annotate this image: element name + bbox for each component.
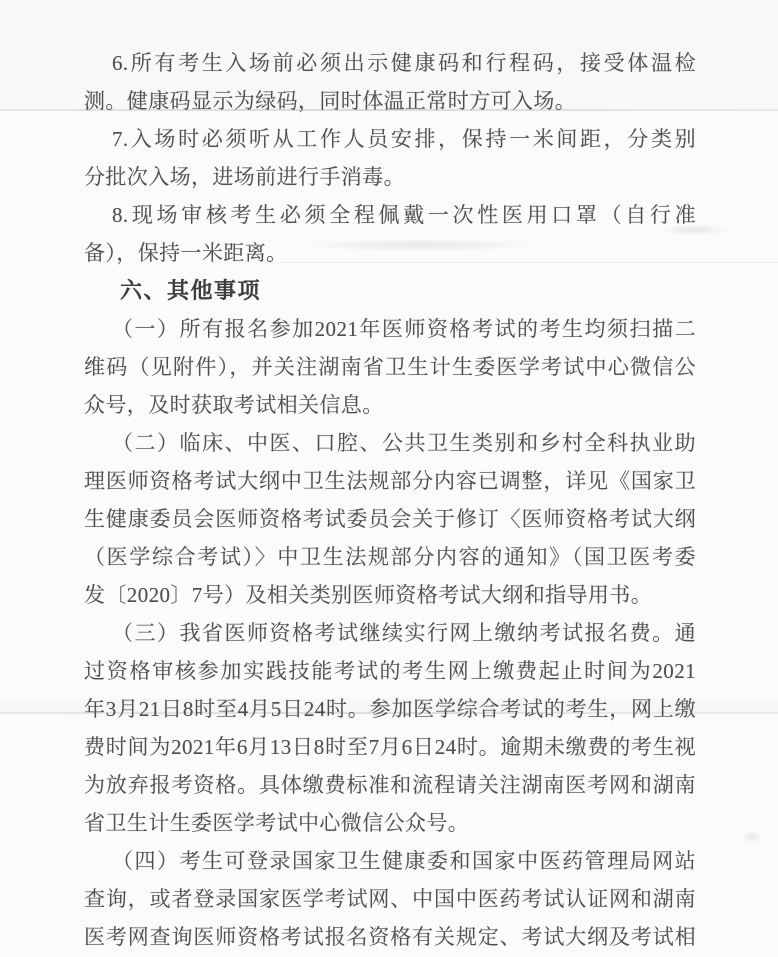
text-line: 发〔2020〕7号）及相关类别医师资格考试大纲和指导用书。: [84, 576, 696, 614]
text-line: 6.所有考生入场前必须出示健康码和行程码，接受体温检: [84, 44, 696, 82]
text-line: 维码（见附件），并关注湖南省卫生计生委医学考试中心微信公: [84, 348, 696, 386]
text-line: （医学综合考试）〉中卫生法规部分内容的通知》（国卫医考委: [84, 538, 696, 576]
item-6: 6.所有考生入场前必须出示健康码和行程码，接受体温检测。健康码显示为绿码，同时体…: [84, 44, 696, 120]
text-line: 为放弃报考资格。具体缴费标准和流程请关注湖南医考网和湖南: [84, 766, 696, 804]
text-line: 六、其他事项: [84, 272, 696, 310]
item-6-2: （二）临床、中医、口腔、公共卫生类别和乡村全科执业助理医师资格考试大纲中卫生法规…: [84, 424, 696, 614]
scan-smudge-artifact: [742, 831, 762, 843]
text-line: （一）所有报名参加2021年医师资格考试的考生均须扫描二: [84, 310, 696, 348]
text-line: 过资格审核参加实践技能考试的考生网上缴费起止时间为2021: [84, 652, 696, 690]
scanned-document-page: 6.所有考生入场前必须出示健康码和行程码，接受体温检测。健康码显示为绿码，同时体…: [0, 0, 778, 957]
text-line: （三）我省医师资格考试继续实行网上缴纳考试报名费。通: [84, 614, 696, 652]
text-line: 省卫生计生委医学考试中心微信公众号。: [84, 804, 696, 842]
item-6-1: （一）所有报名参加2021年医师资格考试的考生均须扫描二维码（见附件），并关注湖…: [84, 310, 696, 424]
section-heading-6: 六、其他事项: [84, 272, 696, 310]
text-line: 8.现场审核考生必须全程佩戴一次性医用口罩（自行准: [84, 196, 696, 234]
text-line: （二）临床、中医、口腔、公共卫生类别和乡村全科执业助: [84, 424, 696, 462]
text-line: 费时间为2021年6月13日8时至7月6日24时。逾期未缴费的考生视: [84, 728, 696, 766]
text-line: 众号，及时获取考试相关信息。: [84, 386, 696, 424]
item-6-4: （四）考生可登录国家卫生健康委和国家中医药管理局网站查询，或者登录国家医学考试网…: [84, 842, 696, 956]
text-line: 年3月21日8时至4月5日24时。参加医学综合考试的考生，网上缴: [84, 690, 696, 728]
item-7: 7.入场时必须听从工作人员安排，保持一米间距，分类别分批次入场，进场前进行手消毒…: [84, 120, 696, 196]
text-line: 备），保持一米距离。: [84, 234, 696, 272]
text-line: 查询，或者登录国家医学考试网、中国中医药考试认证网和湖南: [84, 880, 696, 918]
text-line: 分批次入场，进场前进行手消毒。: [84, 158, 696, 196]
text-line: 7.入场时必须听从工作人员安排，保持一米间距，分类别: [84, 120, 696, 158]
text-line: 测。健康码显示为绿码，同时体温正常时方可入场。: [84, 82, 696, 120]
document-body: 6.所有考生入场前必须出示健康码和行程码，接受体温检测。健康码显示为绿码，同时体…: [84, 44, 696, 956]
item-8: 8.现场审核考生必须全程佩戴一次性医用口罩（自行准备），保持一米距离。: [84, 196, 696, 272]
text-line: 生健康委员会医师资格考试委员会关于修订〈医师资格考试大纲: [84, 500, 696, 538]
item-6-3: （三）我省医师资格考试继续实行网上缴纳考试报名费。通过资格审核参加实践技能考试的…: [84, 614, 696, 842]
text-line: 医考网查询医师资格考试报名资格有关规定、考试大纲及考试相: [84, 918, 696, 956]
text-line: （四）考生可登录国家卫生健康委和国家中医药管理局网站: [84, 842, 696, 880]
text-line: 理医师资格考试大纲中卫生法规部分内容已调整，详见《国家卫: [84, 462, 696, 500]
